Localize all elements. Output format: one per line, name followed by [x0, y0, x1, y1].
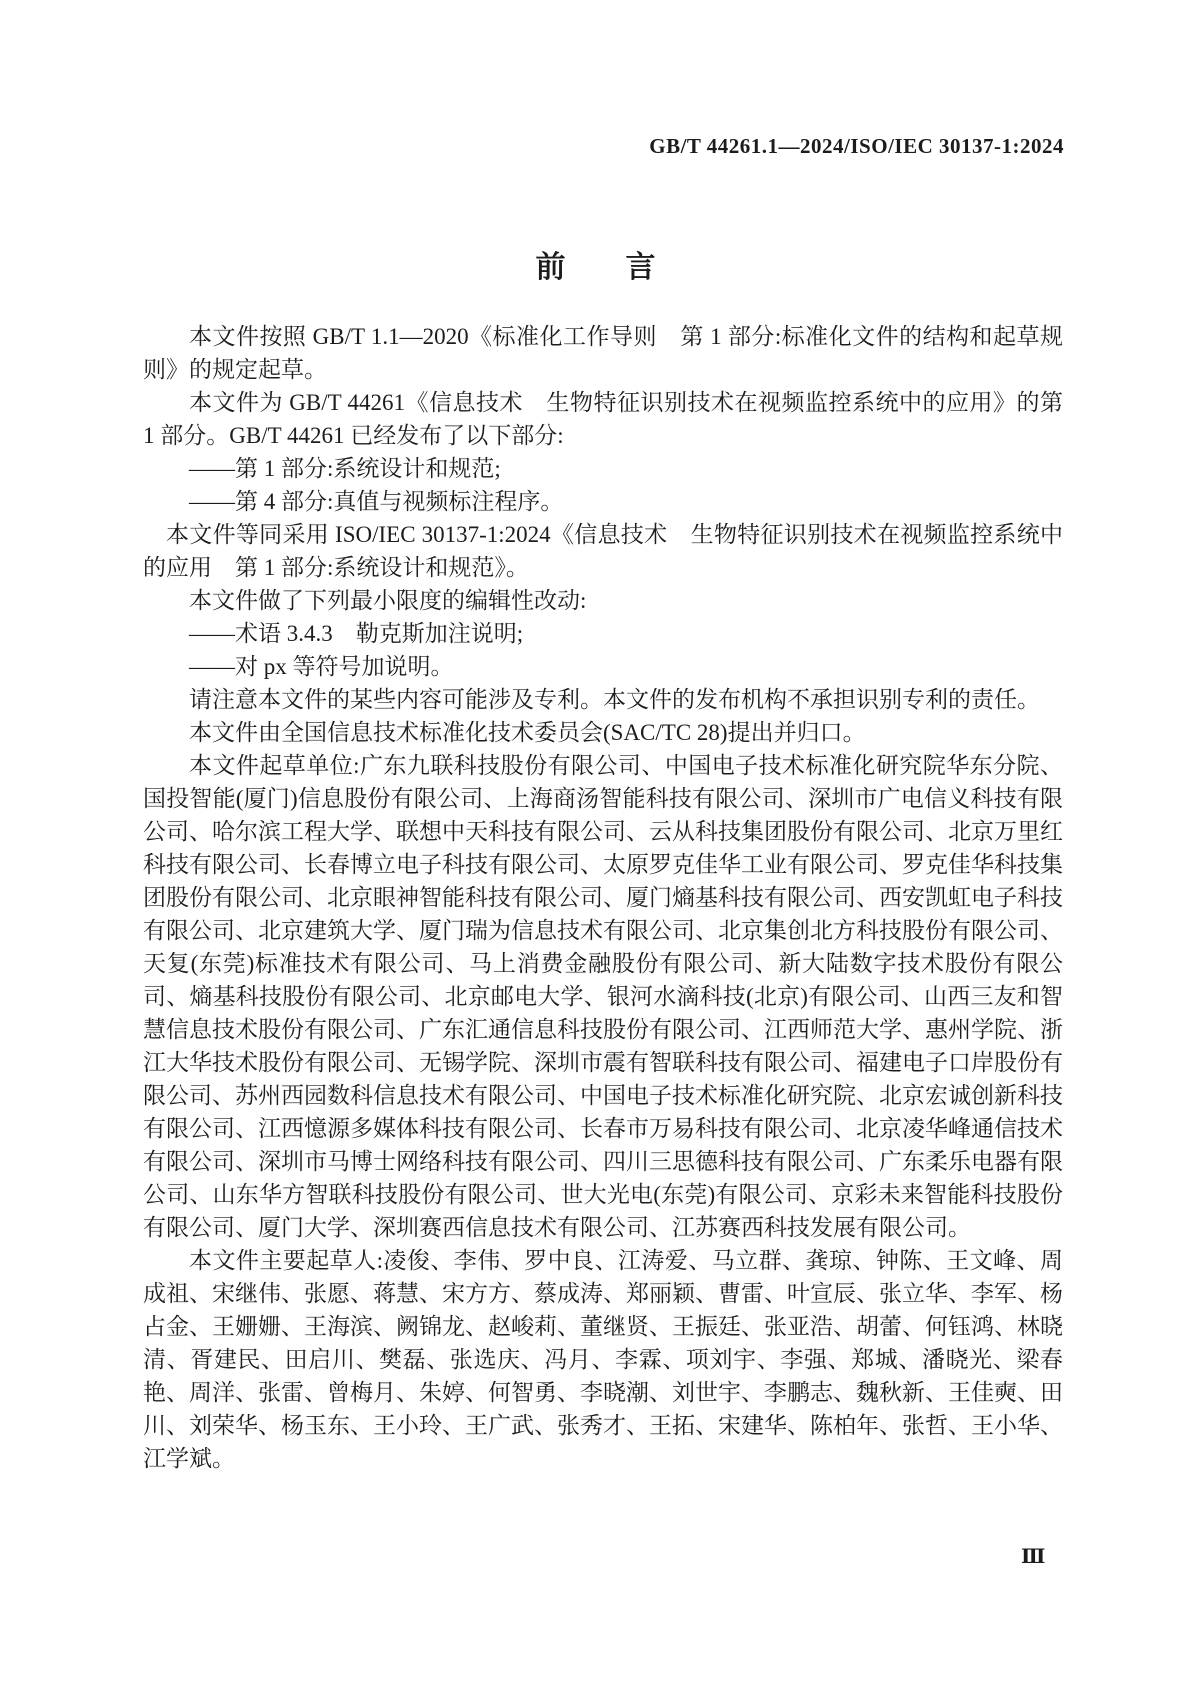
foreword-title: 前 言	[0, 242, 1191, 286]
page-number: Ⅲ	[1021, 1544, 1045, 1569]
list-item-part-1: ——第 1 部分:系统设计和规范;	[143, 452, 1063, 485]
paragraph-editorial-changes: 本文件做了下列最小限度的编辑性改动:	[143, 584, 1063, 617]
list-item-part-4: ——第 4 部分:真值与视频标注程序。	[143, 485, 1063, 518]
paragraph-iso-adoption: 本文件等同采用 ISO/IEC 30137-1:2024《信息技术 生物特征识别…	[143, 518, 1063, 584]
standard-number-header: GB/T 44261.1—2024/ISO/IEC 30137-1:2024	[649, 134, 1064, 159]
list-item-px-note: ——对 px 等符号加说明。	[143, 650, 1063, 683]
standard-document-page: GB/T 44261.1—2024/ISO/IEC 30137-1:2024 前…	[0, 0, 1191, 1685]
paragraph-part-info: 本文件为 GB/T 44261《信息技术 生物特征识别技术在视频监控系统中的应用…	[143, 386, 1063, 452]
paragraph-main-drafters: 本文件主要起草人:凌俊、李伟、罗中良、江涛爱、马立群、龚琼、钟陈、王文峰、周成祖…	[143, 1244, 1063, 1475]
paragraph-patent-notice: 请注意本文件的某些内容可能涉及专利。本文件的发布机构不承担识别专利的责任。	[143, 683, 1063, 716]
paragraph-drafting-organizations: 本文件起草单位:广东九联科技股份有限公司、中国电子技术标准化研究院华东分院、国投…	[143, 749, 1063, 1244]
foreword-body: 本文件按照 GB/T 1.1—2020《标准化工作导则 第 1 部分:标准化文件…	[143, 320, 1063, 1475]
paragraph-drafting-basis: 本文件按照 GB/T 1.1—2020《标准化工作导则 第 1 部分:标准化文件…	[143, 320, 1063, 386]
list-item-term-note: ——术语 3.4.3 勒克斯加注说明;	[143, 617, 1063, 650]
paragraph-committee: 本文件由全国信息技术标准化技术委员会(SAC/TC 28)提出并归口。	[143, 716, 1063, 749]
